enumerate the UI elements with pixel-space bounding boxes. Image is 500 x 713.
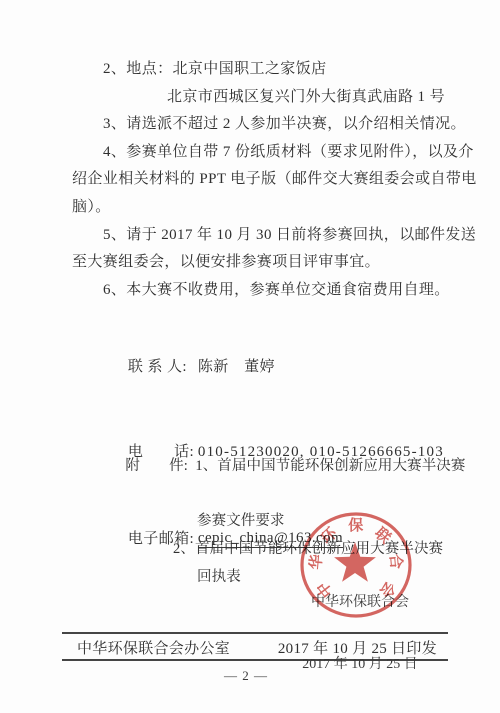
body-line: 6、本大赛不收费用，参赛单位交通食宿费用自理。 xyxy=(72,277,482,305)
attachments-label: 附 件: xyxy=(125,453,195,481)
body-line: 至大赛组委会，以便安排参赛项目评审事宜。 xyxy=(72,249,482,277)
body-line: 脑）。 xyxy=(72,194,482,222)
body-line: 绍企业相关材料的 PPT 电子版（邮件交大赛组委会或自带电 xyxy=(72,166,482,194)
seal-arc-char: 华 xyxy=(306,553,325,570)
official-seal: 中 华 环 保 联 合 会 xyxy=(296,509,418,623)
attachment-1-title: 1、首届中国节能环保创新应用大赛半决赛 xyxy=(195,458,465,474)
scanned-document-page: 2、地点：北京中国职工之家饭店 北京市西城区复兴门外大街真武庙路 1 号 3、请… xyxy=(0,0,500,713)
attachment-row: 附 件:1、首届中国节能环保创新应用大赛半决赛 xyxy=(72,425,482,508)
seal-arc-char: 中 xyxy=(313,578,336,601)
body-line: 3、请选派不超过 2 人参加半决赛，以介绍相关情况。 xyxy=(72,111,482,139)
contact-person-row: 联 系 人:陈新 董婷 xyxy=(72,324,482,410)
body-line: 2、地点：北京中国职工之家饭店 xyxy=(72,56,482,84)
body-text: 2、地点：北京中国职工之家饭店 北京市西城区复兴门外大街真武庙路 1 号 3、请… xyxy=(72,56,482,304)
signature-date: 2017 年 10 月 25 日 xyxy=(298,655,422,676)
body-line: 5、请于 2017 年 10 月 30 日前将参赛回执，以邮件发送 xyxy=(72,222,482,250)
contact-person-label: 联 系 人: xyxy=(128,353,198,382)
star-icon xyxy=(334,542,376,582)
contact-person-value: 陈新 董婷 xyxy=(198,359,275,375)
body-line: 4、参赛单位自带 7 份纸质材料（要求见附件），以及介 xyxy=(72,139,482,167)
seal-arc-char: 保 xyxy=(348,516,363,534)
body-line-address: 北京市西城区复兴门外大街真武庙路 1 号 xyxy=(72,84,482,112)
footer-issuing-office: 中华环保联合会办公室 xyxy=(77,637,230,658)
attachment-1-title-cont: 参赛文件要求 xyxy=(72,508,482,536)
seal-arc-char: 合 xyxy=(386,553,405,570)
